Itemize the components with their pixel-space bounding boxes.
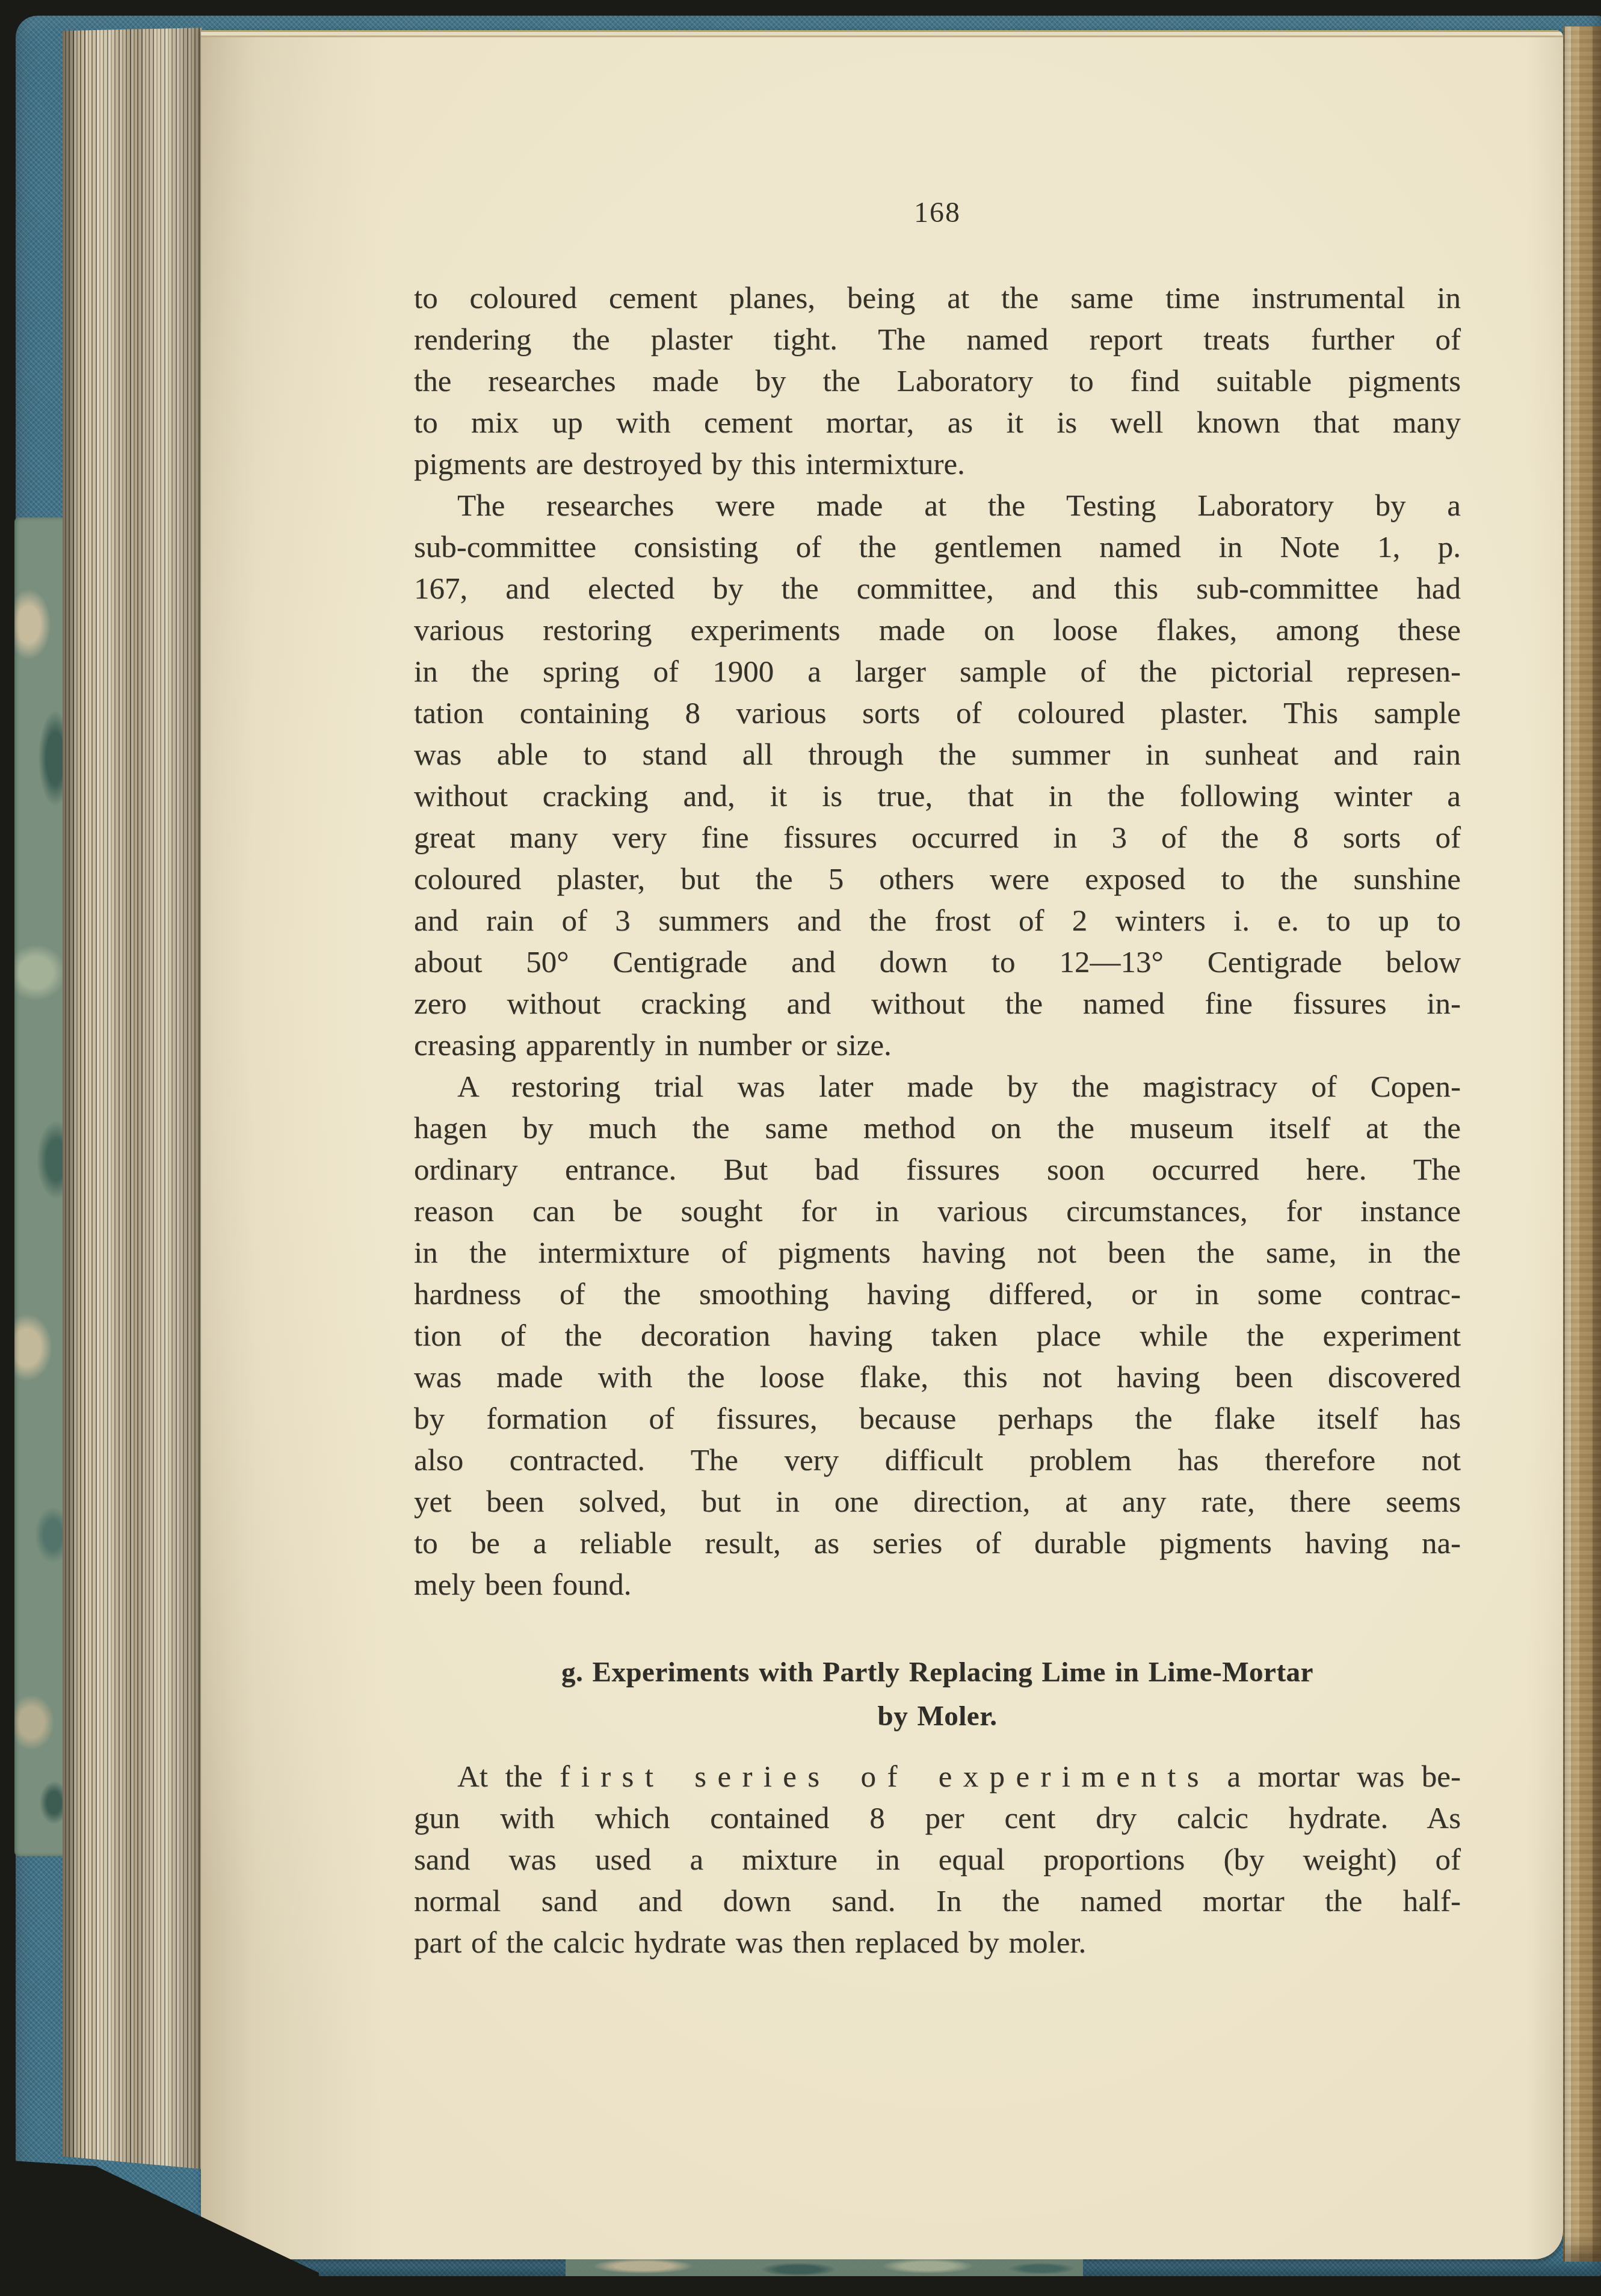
paragraph: At the first series of experiments a mor…: [414, 1756, 1461, 1964]
text-line: in the spring of 1900 a larger sample of…: [414, 651, 1461, 693]
text-line: At the first series of experiments a mor…: [414, 1756, 1461, 1798]
text-line: yet been solved, but in one direction, a…: [414, 1482, 1461, 1523]
paragraph: The researches were made at the Testing …: [414, 485, 1461, 1066]
text-line: also contracted. The very difficult prob…: [414, 1440, 1461, 1482]
text-line: reason can be sought for in various circ…: [414, 1191, 1461, 1233]
text-line: great many very fine fissures occurred i…: [414, 817, 1461, 859]
text-line: gun with which contained 8 per cent dry …: [414, 1798, 1461, 1839]
marbled-endpaper: [14, 517, 71, 1856]
page-number: 168: [414, 196, 1461, 229]
letterspaced-phrase: first series of experiments: [560, 1760, 1210, 1794]
text-line: pigments are destroyed by this intermixt…: [414, 444, 1461, 485]
page-body: to coloured cement planes, being at the …: [414, 278, 1461, 1964]
text-line: rendering the plaster tight. The named r…: [414, 319, 1461, 361]
heading-line: by Moler.: [414, 1694, 1461, 1738]
fore-edge-pages: [1563, 26, 1601, 2262]
scanned-book-photo: { "book": { "page_number": "168", "block…: [0, 0, 1601, 2296]
text-line: creasing apparently in number or size.: [414, 1025, 1461, 1066]
text-line: mely been found.: [414, 1565, 1461, 1606]
text-line: tation containing 8 various sorts of col…: [414, 693, 1461, 734]
text-line: coloured plaster, but the 5 others were …: [414, 859, 1461, 900]
text-line: to coloured cement planes, being at the …: [414, 278, 1461, 319]
text-line: various restoring experiments made on lo…: [414, 610, 1461, 651]
text-line: ordinary entrance. But bad fissures soon…: [414, 1150, 1461, 1191]
text-line: zero without cracking and without the na…: [414, 983, 1461, 1025]
text-line: The researches were made at the Testing …: [414, 485, 1461, 527]
text-line: part of the calcic hydrate was then repl…: [414, 1922, 1461, 1964]
text-line: hagen by much the same method on the mus…: [414, 1108, 1461, 1150]
text-line: was able to stand all through the summer…: [414, 734, 1461, 776]
heading-line: g. Experiments with Partly Replacing Lim…: [414, 1651, 1461, 1694]
text-line: about 50° Centigrade and down to 12—13° …: [414, 942, 1461, 983]
text-line: without cracking and, it is true, that i…: [414, 776, 1461, 817]
text-line: tion of the decoration having taken plac…: [414, 1316, 1461, 1357]
text-block: 168 to coloured cement planes, being at …: [414, 0, 1461, 2296]
text-line: in the intermixture of pigments having n…: [414, 1233, 1461, 1274]
text-line: A restoring trial was later made by the …: [414, 1066, 1461, 1108]
page-edges-stack: [63, 28, 202, 2169]
paragraph: to coloured cement planes, being at the …: [414, 278, 1461, 485]
text-line: by formation of fissures, because perhap…: [414, 1399, 1461, 1440]
section-heading: g. Experiments with Partly Replacing Lim…: [414, 1651, 1461, 1738]
paragraph: A restoring trial was later made by the …: [414, 1066, 1461, 1606]
text-line: sub-committee consisting of the gentleme…: [414, 527, 1461, 568]
text-line: and rain of 3 summers and the frost of 2…: [414, 900, 1461, 942]
text-line: normal sand and down sand. In the named …: [414, 1881, 1461, 1922]
text-line: to be a reliable result, as series of du…: [414, 1523, 1461, 1565]
text-line: was made with the loose flake, this not …: [414, 1357, 1461, 1399]
text-line: to mix up with cement mortar, as it is w…: [414, 402, 1461, 444]
text-line: 167, and elected by the committee, and t…: [414, 568, 1461, 610]
text-line: hardness of the smoothing having differe…: [414, 1274, 1461, 1316]
text-line: the researches made by the Laboratory to…: [414, 361, 1461, 402]
text-line: sand was used a mixture in equal proport…: [414, 1839, 1461, 1881]
